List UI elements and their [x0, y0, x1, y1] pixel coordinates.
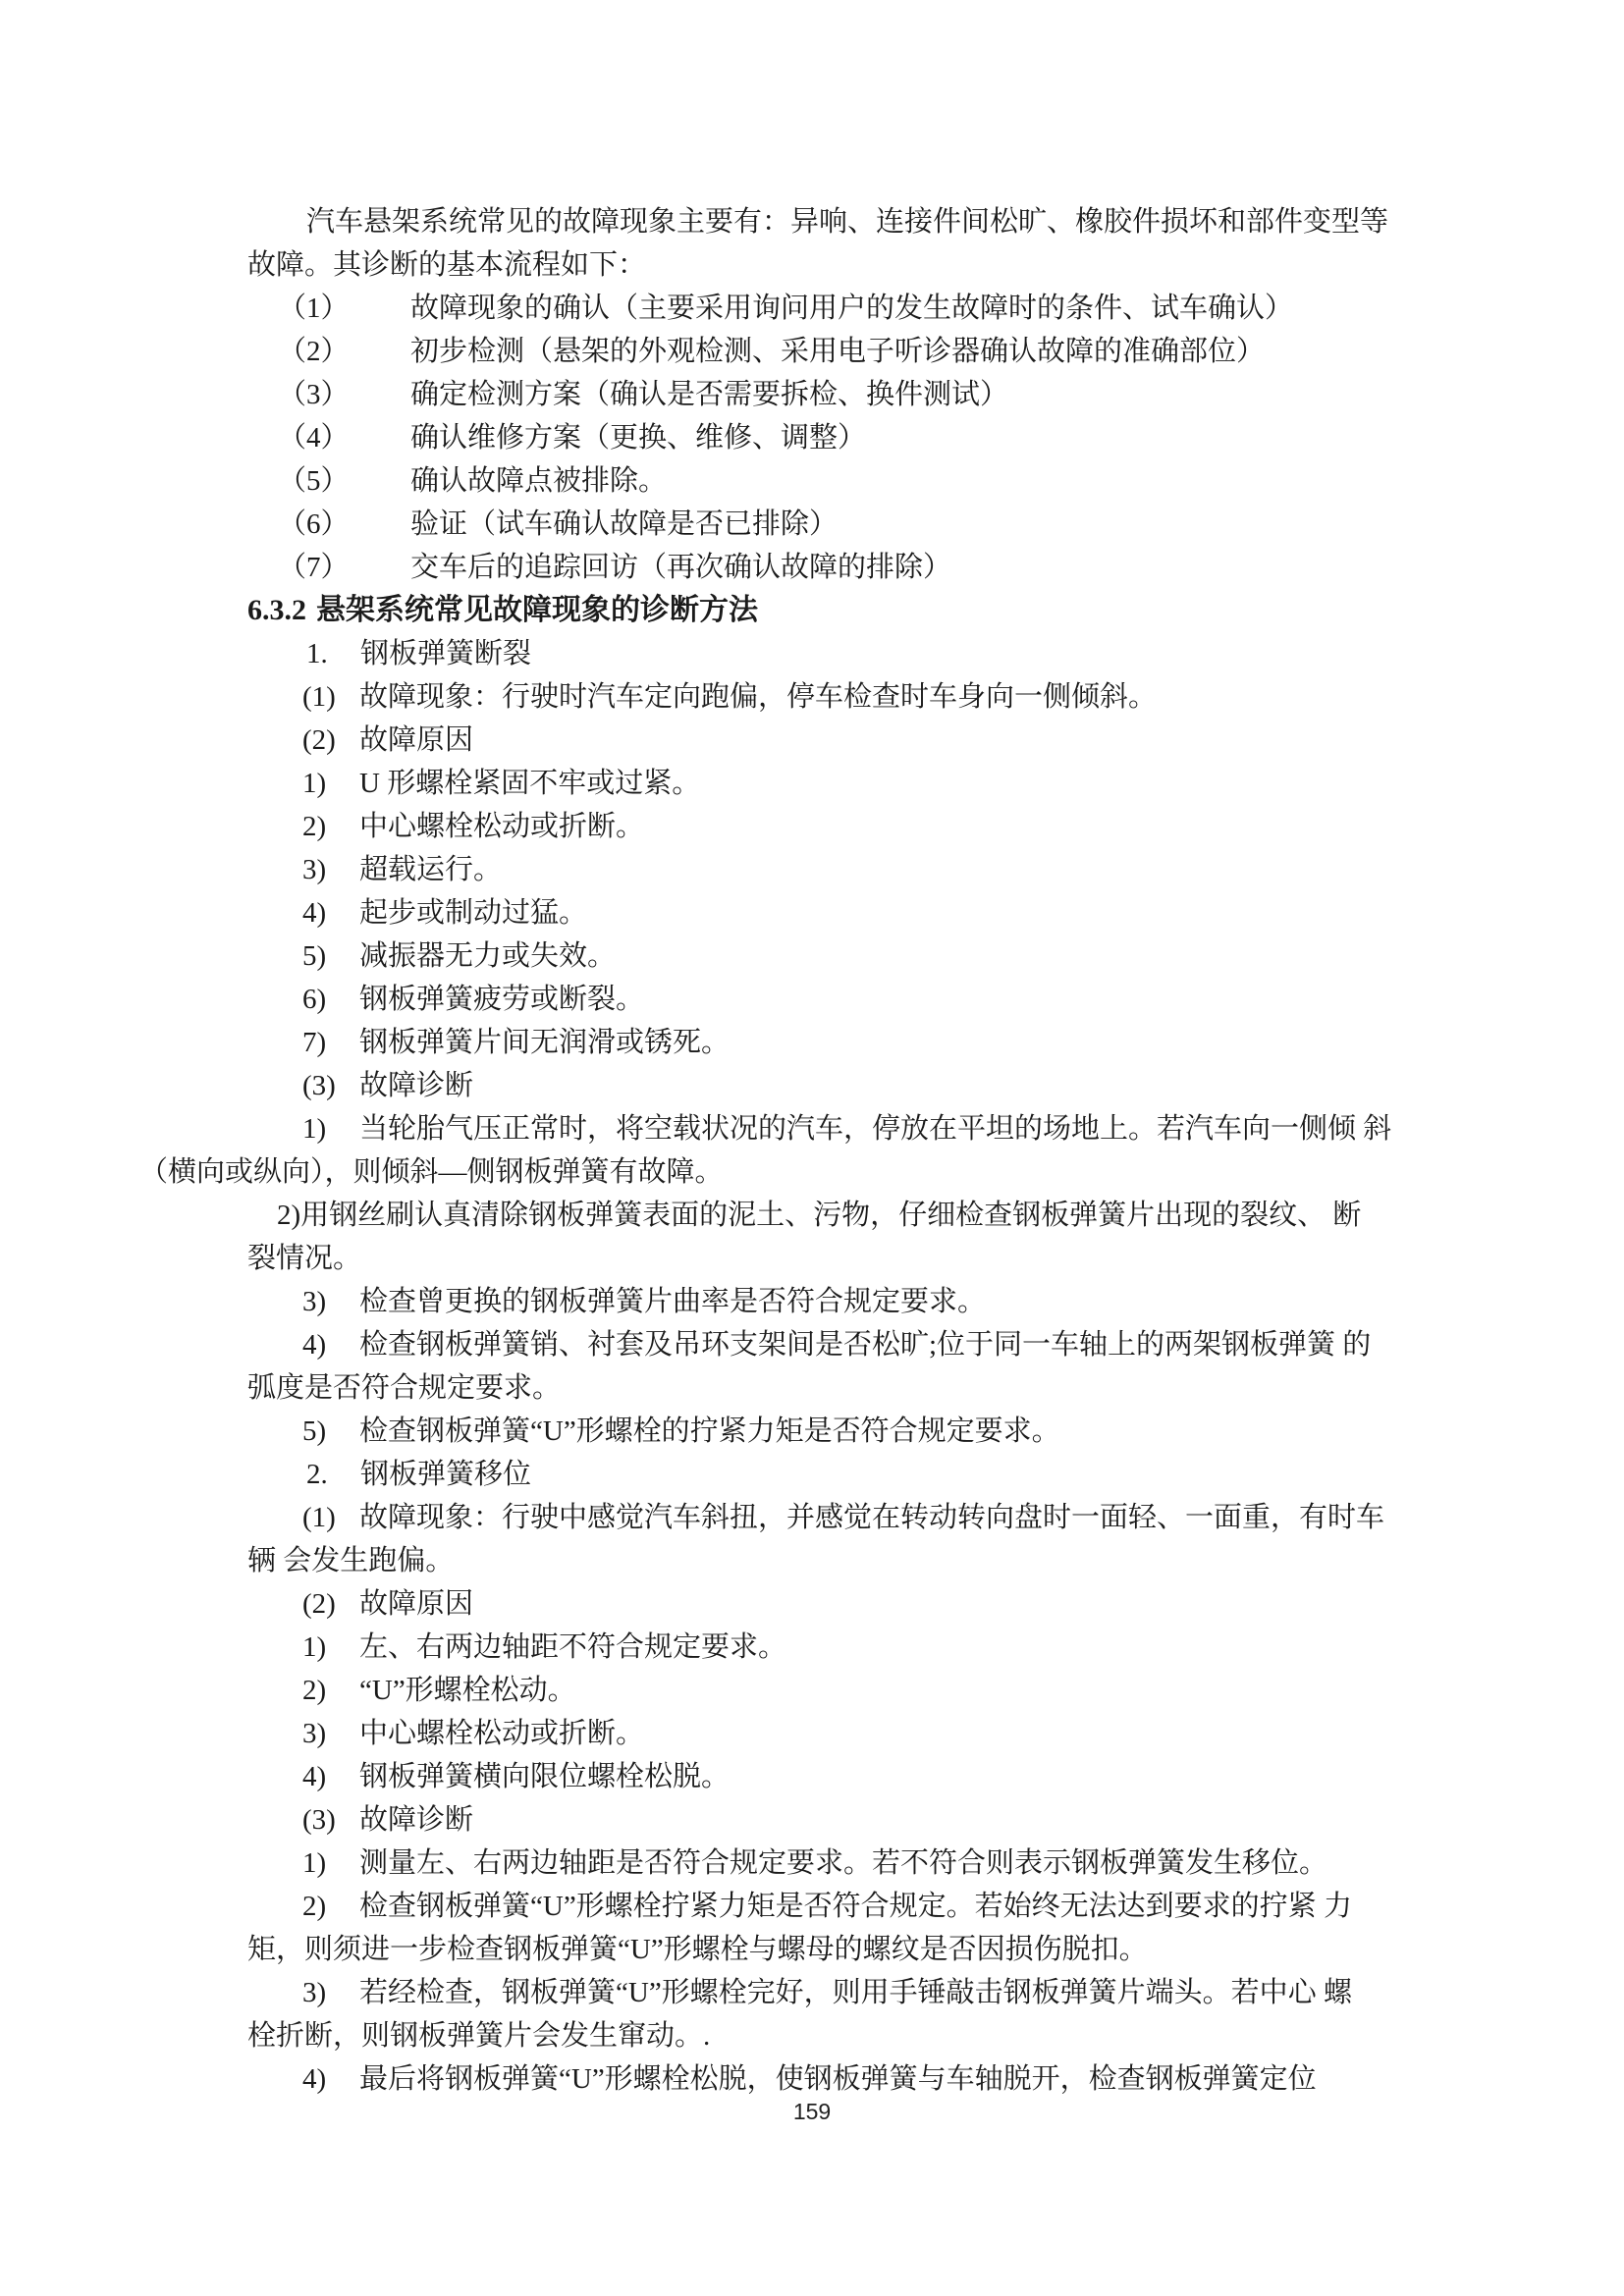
line-text: 中心螺栓松动或折断。 — [359, 1718, 644, 1749]
line-text: 若经检查，钢板弹簧“U”形螺栓完好，则用手锤敲击钢板弹簧片端头。若中心 螺 — [359, 1977, 1352, 2008]
list-item: 2)“U”形螺栓松动。 — [247, 1669, 1377, 1712]
item-label: （7） — [278, 546, 410, 589]
list-item: (2)故障原因 — [247, 719, 1377, 762]
section-heading: 6.3.2悬架系统常见故障现象的诊断方法 — [247, 589, 1377, 632]
item-label: 2) — [302, 805, 359, 848]
list-item: (3)故障诊断 — [247, 1798, 1377, 1842]
item-label: 1) — [302, 1626, 359, 1669]
line-text: 2)用钢丝刷认真清除钢板弹簧表面的泥土、污物，仔细检查钢板弹簧片出现的裂纹、 断 — [277, 1200, 1361, 1231]
line-text: 检查钢板弹簧销、衬套及吊环支架间是否松旷;位于同一车轴上的两架钢板弹簧 的 — [359, 1329, 1371, 1361]
line-text: 交车后的追踪回访（再次确认故障的排除） — [410, 552, 951, 583]
list-item: 3)超载运行。 — [247, 848, 1377, 891]
list-item: 1)当轮胎气压正常时，将空载状况的汽车，停放在平坦的场地上。若汽车向一侧倾 斜 — [247, 1107, 1377, 1150]
line-text: 检查钢板弹簧“U”形螺栓拧紧力矩是否符合规定。若始终无法达到要求的拧紧 力 — [359, 1891, 1352, 1922]
line-text: 辆 会发生跑偏。 — [247, 1545, 454, 1576]
list-item: 7)钢板弹簧片间无润滑或锈死。 — [247, 1021, 1377, 1064]
line-text: U 形螺栓紧固不牢或过紧。 — [359, 768, 700, 799]
item-label: 1) — [302, 762, 359, 805]
line-text: 故障原因 — [359, 1588, 473, 1620]
list-item: 2)检查钢板弹簧“U”形螺栓拧紧力矩是否符合规定。若始终无法达到要求的拧紧 力 — [247, 1885, 1377, 1928]
process-step: （4）确认维修方案（更换、维修、调整） — [247, 416, 1377, 459]
line-text: 验证（试车确认故障是否已排除） — [410, 508, 838, 540]
process-step: （3）确定检测方案（确认是否需要拆检、换件测试） — [247, 373, 1377, 416]
line-text: 检查曾更换的钢板弹簧片曲率是否符合规定要求。 — [359, 1286, 986, 1317]
line-text: 确认维修方案（更换、维修、调整） — [410, 422, 866, 454]
line-text: 检查钢板弹簧“U”形螺栓的拧紧力矩是否符合规定要求。 — [359, 1415, 1060, 1447]
list-item: 1)左、右两边轴距不符合规定要求。 — [247, 1626, 1377, 1669]
item-label: 1. — [306, 632, 360, 675]
line-text: （横向或纵向），则倾斜—侧钢板弹簧有故障。 — [139, 1156, 724, 1188]
line-text: 起步或制动过猛。 — [359, 897, 587, 929]
line-text: 故障原因 — [359, 724, 473, 756]
list-item: 4)钢板弹簧横向限位螺栓松脱。 — [247, 1755, 1377, 1798]
item-label: (3) — [302, 1064, 359, 1107]
list-item: 5)减振器无力或失效。 — [247, 934, 1377, 978]
paragraph-line: 2)用钢丝刷认真清除钢板弹簧表面的泥土、污物，仔细检查钢板弹簧片出现的裂纹、 断 — [247, 1194, 1377, 1237]
item-label: 6) — [302, 978, 359, 1021]
line-text: 当轮胎气压正常时，将空载状况的汽车，停放在平坦的场地上。若汽车向一侧倾 斜 — [359, 1113, 1391, 1145]
paragraph-line: 裂情况。 — [247, 1237, 1377, 1280]
list-item: 6)钢板弹簧疲劳或断裂。 — [247, 978, 1377, 1021]
process-step: （1）故障现象的确认（主要采用询问用户的发生故障时的条件、试车确认） — [247, 287, 1377, 330]
line-text: “U”形螺栓松动。 — [359, 1675, 576, 1706]
paragraph-line: 弧度是否符合规定要求。 — [247, 1366, 1377, 1410]
paragraph-line: （横向或纵向），则倾斜—侧钢板弹簧有故障。 — [139, 1150, 1269, 1194]
process-step: （6）验证（试车确认故障是否已排除） — [247, 503, 1377, 546]
item-label: 7) — [302, 1021, 359, 1064]
list-item: (1)故障现象：行驶中感觉汽车斜扭，并感觉在转动转向盘时一面轻、一面重，有时车 — [247, 1496, 1377, 1539]
line-text: 确定检测方案（确认是否需要拆检、换件测试） — [410, 379, 1008, 410]
process-step: （7）交车后的追踪回访（再次确认故障的排除） — [247, 546, 1377, 589]
line-text: 钢板弹簧疲劳或断裂。 — [359, 984, 644, 1015]
line-text: 汽车悬架系统常见的故障现象主要有：异响、连接件间松旷、橡胶件损坏和部件变型等 — [306, 206, 1388, 238]
item-label: （1） — [278, 287, 410, 330]
item-label: 5) — [302, 1410, 359, 1453]
item-label: (1) — [302, 1496, 359, 1539]
item-label: 4) — [302, 1755, 359, 1798]
item-label: 4) — [302, 1323, 359, 1366]
line-text: 确认故障点被排除。 — [410, 465, 667, 497]
list-item: 3)检查曾更换的钢板弹簧片曲率是否符合规定要求。 — [247, 1280, 1377, 1323]
paragraph-line: 辆 会发生跑偏。 — [247, 1539, 1377, 1582]
line-text: 故障现象的确认（主要采用询问用户的发生故障时的条件、试车确认） — [410, 293, 1293, 324]
line-text: 矩，则须进一步检查钢板弹簧“U”形螺栓与螺母的螺纹是否因损伤脱扣。 — [247, 1934, 1148, 1965]
list-item: 4)检查钢板弹簧销、衬套及吊环支架间是否松旷;位于同一车轴上的两架钢板弹簧 的 — [247, 1323, 1377, 1366]
item-label: 3) — [302, 1971, 359, 2014]
paragraph-line: 故障。其诊断的基本流程如下： — [247, 243, 1377, 287]
item-label: 4) — [302, 2057, 359, 2101]
list-item: 2)中心螺栓松动或折断。 — [247, 805, 1377, 848]
item-label: 3) — [302, 1712, 359, 1755]
item-label: （3） — [278, 373, 410, 416]
line-text: 减振器无力或失效。 — [359, 940, 616, 972]
line-text: 钢板弹簧移位 — [360, 1459, 531, 1490]
list-item: (2)故障原因 — [247, 1582, 1377, 1626]
item-label: (1) — [302, 675, 359, 719]
item-label: 4) — [302, 891, 359, 934]
line-text: 弧度是否符合规定要求。 — [247, 1372, 561, 1404]
item-label: 2) — [302, 1669, 359, 1712]
list-item: (3)故障诊断 — [247, 1064, 1377, 1107]
process-step: （5）确认故障点被排除。 — [247, 459, 1377, 503]
line-text: 故障。其诊断的基本流程如下： — [247, 249, 646, 281]
paragraph-line: 矩，则须进一步检查钢板弹簧“U”形螺栓与螺母的螺纹是否因损伤脱扣。 — [247, 1928, 1377, 1971]
item-label: 1) — [302, 1107, 359, 1150]
line-text: 钢板弹簧断裂 — [360, 638, 531, 669]
line-text: 裂情况。 — [247, 1243, 361, 1274]
page-number: 159 — [0, 2099, 1624, 2125]
list-item: 5)检查钢板弹簧“U”形螺栓的拧紧力矩是否符合规定要求。 — [247, 1410, 1377, 1453]
line-text: 故障诊断 — [359, 1804, 473, 1836]
item-label: 3) — [302, 848, 359, 891]
item-label: 3) — [302, 1280, 359, 1323]
item-label: 2) — [302, 1885, 359, 1928]
item-label: 2. — [306, 1453, 360, 1496]
numbered-item: 2.钢板弹簧移位 — [247, 1453, 1377, 1496]
line-text: 钢板弹簧横向限位螺栓松脱。 — [359, 1761, 730, 1792]
line-text: 悬架系统常见故障现象的诊断方法 — [316, 594, 758, 626]
line-text: 超载运行。 — [359, 854, 502, 885]
page-text: 汽车悬架系统常见的故障现象主要有：异响、连接件间松旷、橡胶件损坏和部件变型等故障… — [247, 200, 1377, 2101]
line-text: 中心螺栓松动或折断。 — [359, 811, 644, 842]
list-item: 1)测量左、右两边轴距是否符合规定要求。若不符合则表示钢板弹簧发生移位。 — [247, 1842, 1377, 1885]
item-label: （2） — [278, 330, 410, 373]
line-text: 最后将钢板弹簧“U”形螺栓松脱，使钢板弹簧与车轴脱开，检查钢板弹簧定位 — [359, 2063, 1317, 2095]
document-page: 汽车悬架系统常见的故障现象主要有：异响、连接件间松旷、橡胶件损坏和部件变型等故障… — [0, 0, 1624, 2296]
list-item: 3)若经检查，钢板弹簧“U”形螺栓完好，则用手锤敲击钢板弹簧片端头。若中心 螺 — [247, 1971, 1377, 2014]
list-item: (1)故障现象：行驶时汽车定向跑偏，停车检查时车身向一侧倾斜。 — [247, 675, 1377, 719]
item-label: 5) — [302, 934, 359, 978]
list-item: 1)U 形螺栓紧固不牢或过紧。 — [247, 762, 1377, 805]
item-label: 1) — [302, 1842, 359, 1885]
list-item: 4)最后将钢板弹簧“U”形螺栓松脱，使钢板弹簧与车轴脱开，检查钢板弹簧定位 — [247, 2057, 1377, 2101]
process-step: （2）初步检测（悬架的外观检测、采用电子听诊器确认故障的准确部位） — [247, 330, 1377, 373]
numbered-item: 1.钢板弹簧断裂 — [247, 632, 1377, 675]
paragraph-line: 栓折断，则钢板弹簧片会发生窜动。. — [247, 2014, 1377, 2057]
line-text: 故障现象：行驶中感觉汽车斜扭，并感觉在转动转向盘时一面轻、一面重，有时车 — [359, 1502, 1384, 1533]
line-text: 左、右两边轴距不符合规定要求。 — [359, 1631, 786, 1663]
item-label: (2) — [302, 719, 359, 762]
item-label: (3) — [302, 1798, 359, 1842]
line-text: 栓折断，则钢板弹簧片会发生窜动。. — [247, 2020, 710, 2052]
item-label: (2) — [302, 1582, 359, 1626]
line-text: 钢板弹簧片间无润滑或锈死。 — [359, 1027, 730, 1058]
item-label: （5） — [278, 459, 410, 503]
list-item: 3)中心螺栓松动或折断。 — [247, 1712, 1377, 1755]
item-label: 6.3.2 — [247, 589, 316, 632]
paragraph-line: 汽车悬架系统常见的故障现象主要有：异响、连接件间松旷、橡胶件损坏和部件变型等 — [247, 200, 1377, 243]
line-text: 故障诊断 — [359, 1070, 473, 1101]
line-text: 测量左、右两边轴距是否符合规定要求。若不符合则表示钢板弹簧发生移位。 — [359, 1847, 1327, 1879]
line-text: 初步检测（悬架的外观检测、采用电子听诊器确认故障的准确部位） — [410, 336, 1265, 367]
item-label: （6） — [278, 503, 410, 546]
item-label: （4） — [278, 416, 410, 459]
list-item: 4)起步或制动过猛。 — [247, 891, 1377, 934]
line-text: 故障现象：行驶时汽车定向跑偏，停车检查时车身向一侧倾斜。 — [359, 681, 1157, 713]
